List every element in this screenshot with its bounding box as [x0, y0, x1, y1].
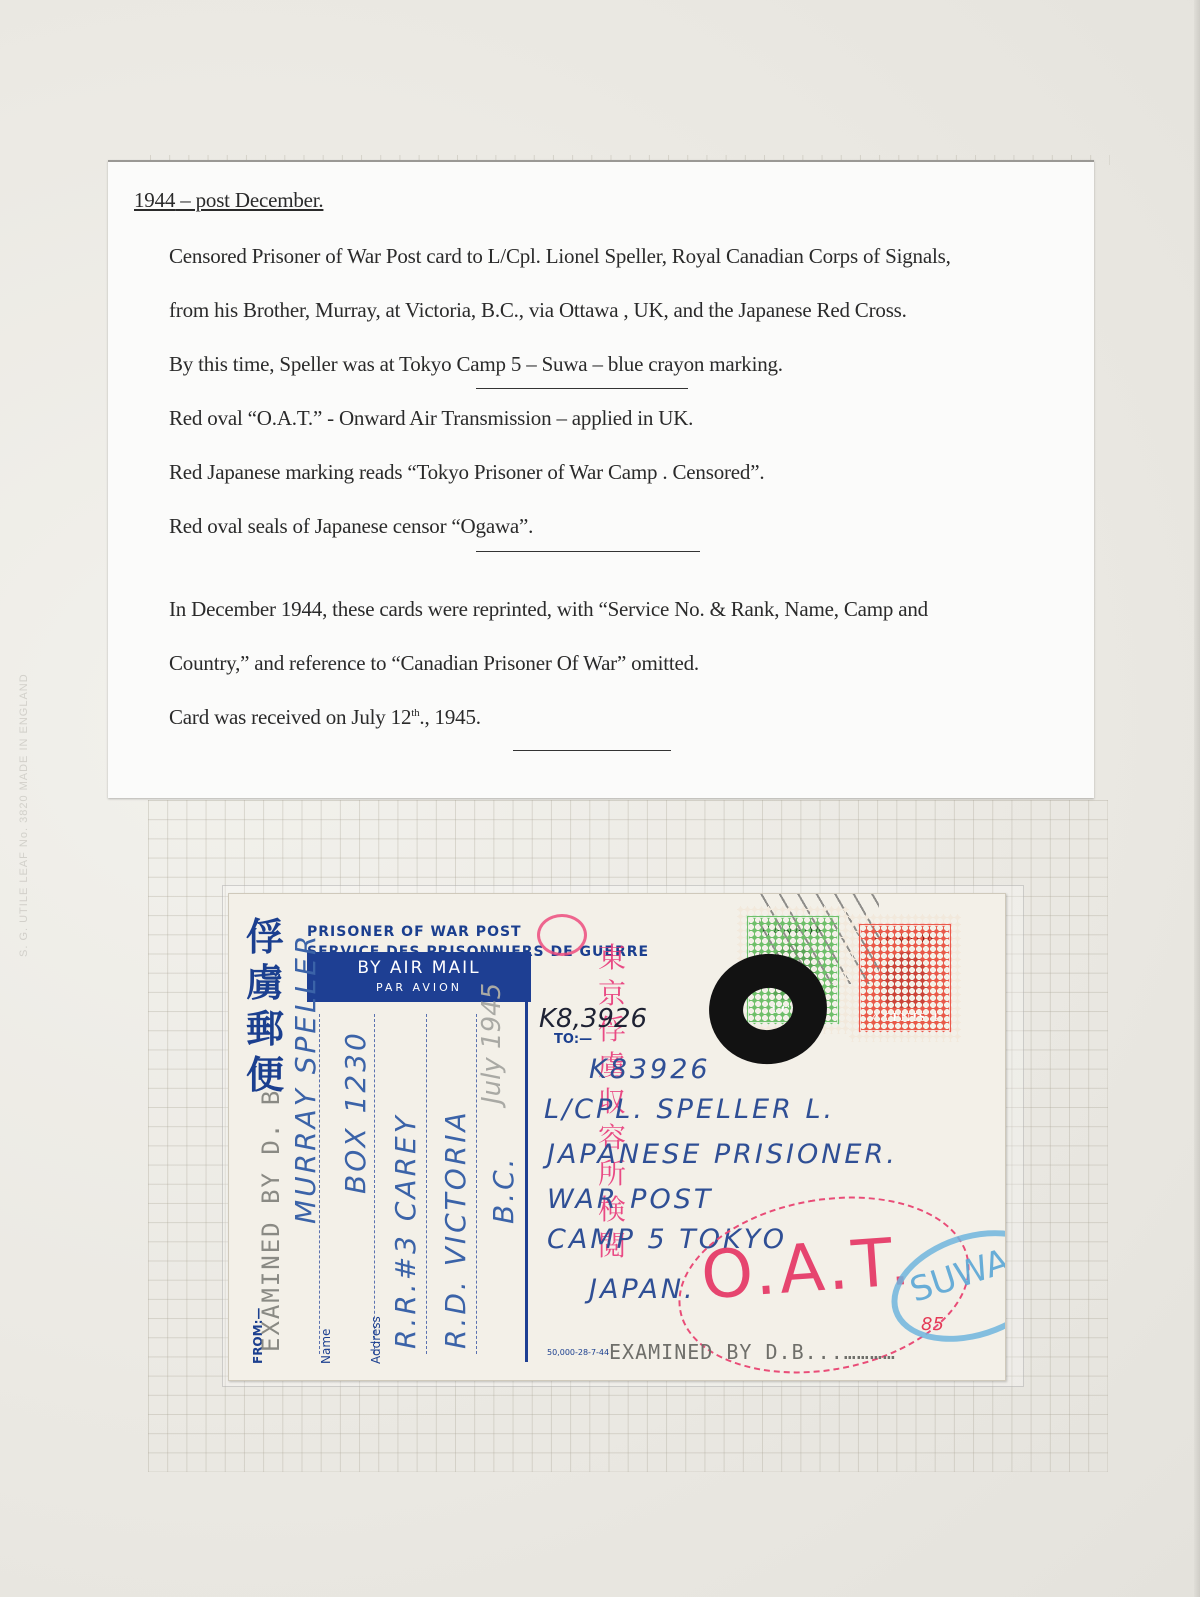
recipient-line: L/CPL. SPELLER L.	[544, 1094, 835, 1125]
writeup-heading: 1944 – post December.	[134, 188, 323, 213]
writeup-line: Censored Prisoner of War Post card to L/…	[169, 244, 951, 269]
sender-address-line: R.D. VICTORIA	[439, 1109, 472, 1349]
writeup-line: In December 1944, these cards were repri…	[169, 597, 928, 622]
page-edge	[1194, 0, 1200, 1597]
sender-address-line: BOX 1230	[339, 1030, 372, 1194]
postcard-mount: 俘虜郵便 PRISONER OF WAR POST SERVICE DES PR…	[228, 893, 1008, 1383]
print-code: 50,000-28-7-44	[547, 1348, 609, 1357]
heading-year: 1944	[134, 188, 175, 212]
received-text: Card was received on July 12	[169, 705, 411, 729]
ink-service-number: K8,3926	[539, 1004, 647, 1034]
dotted-line	[374, 1014, 375, 1354]
divider-rule	[513, 750, 671, 751]
sender-address-line: R.R.#3 CAREY	[389, 1113, 422, 1349]
writeup-line: Red Japanese marking reads “Tokyo Prison…	[169, 460, 764, 485]
censor-seal-ogawa	[537, 914, 587, 956]
pow-postcard: 俘虜郵便 PRISONER OF WAR POST SERVICE DES PR…	[228, 893, 1006, 1381]
writeup-line: Red oval seals of Japanese censor “Ogawa…	[169, 514, 533, 539]
airmail-en: BY AIR MAIL	[307, 958, 531, 978]
stamp-value: 4 CENTS 4	[872, 1011, 938, 1024]
examined-text: EXAMINED BY D.B	[609, 1340, 805, 1364]
japanese-pow-mail-header: 俘虜郵便	[243, 914, 287, 1098]
address-divider	[525, 1002, 528, 1362]
stamp-4-cents: CANADA 4 CENTS 4	[849, 914, 961, 1042]
stamp-country: CANADA	[874, 932, 935, 946]
examined-stamp-horizontal: EXAMINED BY D.B...…………	[609, 1340, 896, 1364]
recipient-line: K83926	[589, 1054, 711, 1085]
recipient-line: JAPANESE PRISIONER.	[547, 1139, 898, 1170]
writeup-line: Card was received on July 12th., 1945.	[169, 705, 481, 730]
divider-rule	[476, 551, 700, 552]
examined-dots: ...…………	[805, 1340, 896, 1364]
writeup-sheet: 1944 – post December. Censored Prisoner …	[108, 160, 1094, 798]
to-label: TO:—	[554, 1032, 592, 1047]
address-label: Address	[369, 1316, 383, 1364]
heading-rest: – post December.	[175, 188, 323, 212]
sender-name: MURRAY SPELLER	[289, 933, 322, 1224]
album-page: S. G. UTILE LEAF No. 3820 MADE IN ENGLAN…	[0, 0, 1200, 1597]
stamp-face: CANADA 4 CENTS 4	[858, 923, 952, 1033]
oat-mark-text: O.A.T.	[699, 1223, 917, 1315]
pow-title-en: PRISONER OF WAR POST	[307, 922, 649, 942]
stamp-country: CANADA	[762, 924, 823, 938]
writeup-line: Red oval “O.A.T.” - Onward Air Transmiss…	[169, 406, 693, 431]
pencil-receipt-note: July 1945	[477, 983, 507, 1104]
writeup-line: Country,” and reference to “Canadian Pri…	[169, 651, 699, 676]
dotted-line	[426, 1014, 427, 1354]
writeup-line: from his Brother, Murray, at Victoria, B…	[169, 298, 907, 323]
red-number: 85	[921, 1314, 944, 1335]
writeup-line: By this time, Speller was at Tokyo Camp …	[169, 352, 783, 377]
received-rest: ., 1945.	[419, 705, 480, 729]
king-portrait-icon	[882, 952, 928, 1008]
name-label: Name	[319, 1329, 333, 1364]
sender-address-line: B.C.	[487, 1155, 520, 1224]
divider-rule	[476, 388, 688, 389]
leaf-imprint: S. G. UTILE LEAF No. 3820 MADE IN ENGLAN…	[18, 650, 48, 980]
examined-stamp-vertical: EXAMINED BY D. B	[257, 1089, 285, 1352]
recipient-line: WAR POST	[547, 1184, 713, 1215]
